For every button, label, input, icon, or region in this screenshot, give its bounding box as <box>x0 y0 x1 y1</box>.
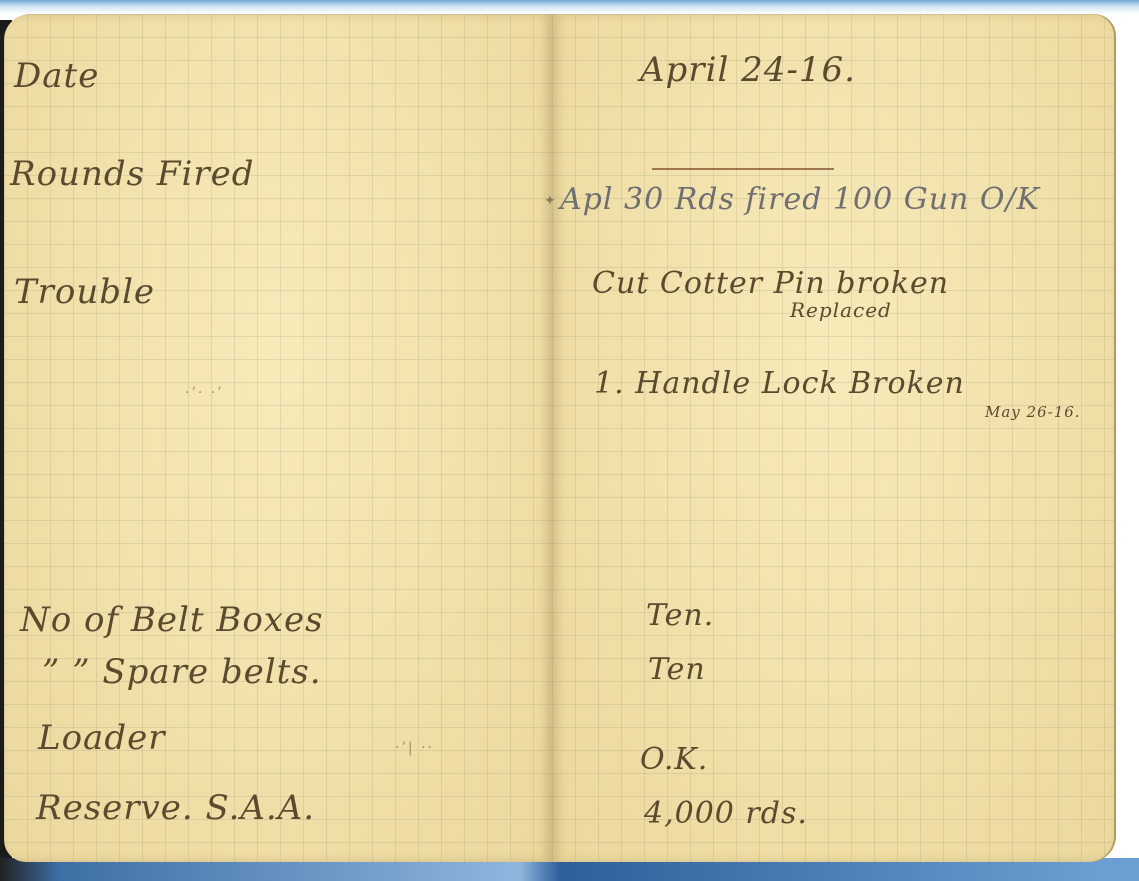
label-spare-belts: ” ” Spare belts. <box>42 652 322 692</box>
entry-trouble-date-note: May 26-16. <box>985 403 1081 421</box>
label-date: Date <box>14 56 99 96</box>
label-trouble: Trouble <box>14 272 155 312</box>
entry-spare-belts: Ten <box>648 652 706 687</box>
label-loader: Loader <box>38 718 165 758</box>
spine-staple-mark: ✦ <box>544 193 558 207</box>
entry-trouble-handle-lock: 1. Handle Lock Broken <box>594 366 965 401</box>
label-reserve-saa: Reserve. S.A.A. <box>36 788 315 828</box>
entry-loader: O.K. <box>640 742 708 777</box>
notebook-right-page <box>552 14 1114 862</box>
label-belt-boxes: No of Belt Boxes <box>20 600 324 640</box>
entry-rounds-fired: Apl 30 Rds fired 100 Gun O/K <box>560 182 1040 217</box>
underline-rule <box>652 168 834 170</box>
entry-trouble-replaced-note: Replaced <box>790 298 892 322</box>
entry-trouble-cotter-pin: Cut Cotter Pin broken <box>592 266 949 301</box>
entry-date: April 24-16. <box>640 50 856 90</box>
ink-smudge: ·’· ·’ <box>185 385 224 401</box>
entry-reserve-saa: 4,000 rds. <box>644 796 808 831</box>
entry-belt-boxes: Ten. <box>646 598 714 633</box>
ink-smudge: ·’| ·· <box>395 740 434 756</box>
label-rounds-fired: Rounds Fired <box>10 154 255 194</box>
